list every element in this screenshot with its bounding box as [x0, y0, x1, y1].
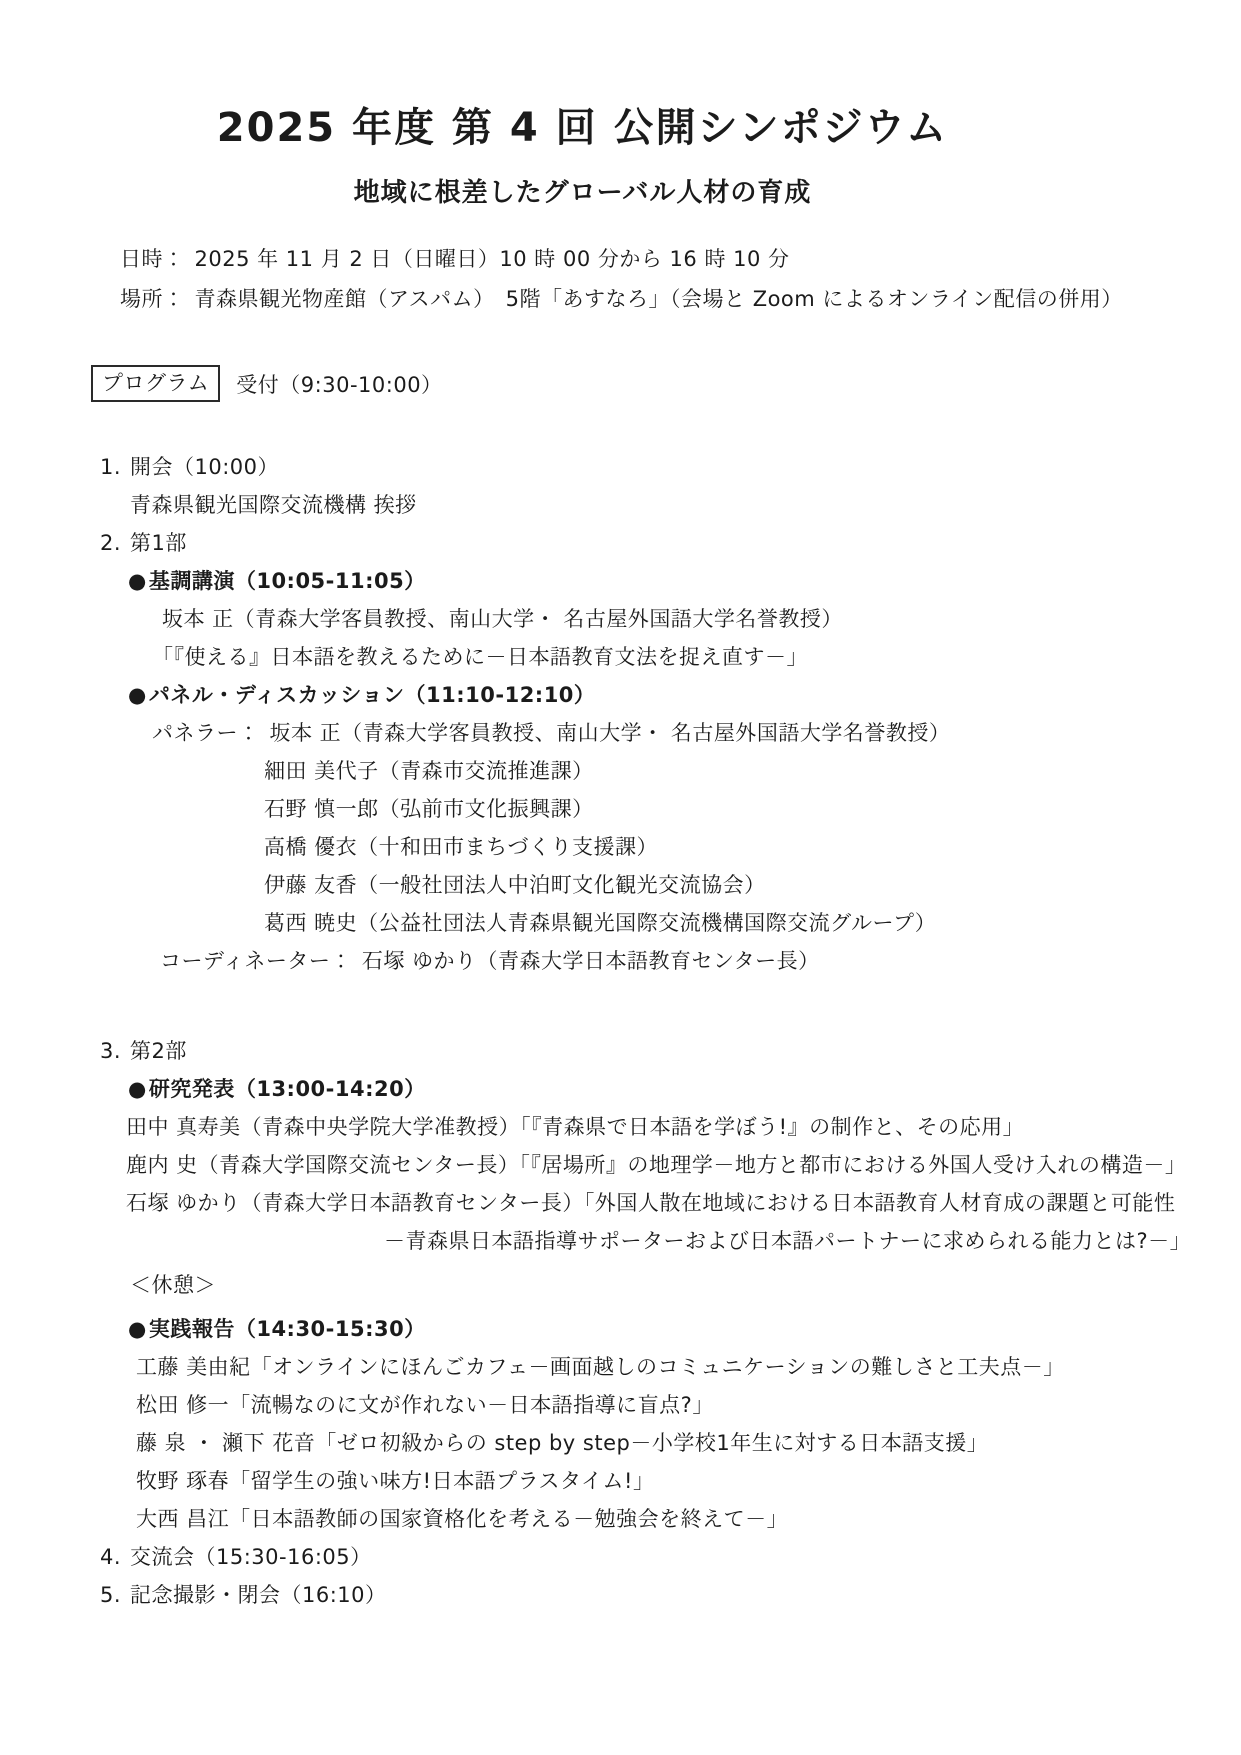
agenda-list: 1. 開会（10:00） 青森県観光国際交流機構 挨拶 2. 第1部 ●基調講演…: [100, 448, 1181, 1614]
datetime-value: 2025 年 11 月 2 日（日曜日）10 時 00 分から 16 時 10 …: [195, 247, 790, 271]
research-heading: ●研究発表（13:00-14:20）: [100, 1070, 1181, 1108]
program-boxed-label: プログラム: [91, 365, 220, 402]
practice-presentation: 藤 泉 ・ 瀬下 花音「ゼロ初級からの step by step－小学校1年生に…: [100, 1424, 1181, 1462]
program-header: プログラム 受付（9:30-10:00）: [100, 365, 1181, 402]
coordinator-row: コーディネーター：石塚 ゆかり（青森大学日本語教育センター長）: [100, 942, 1181, 980]
agenda-item-opening: 1. 開会（10:00）: [100, 448, 1181, 486]
panelist-row: パネラー：坂本 正（青森大学客員教授、南山大学・ 名古屋外国語大学名誉教授）: [100, 714, 1181, 752]
agenda-item-heading: 第2部: [130, 1032, 187, 1070]
panelist-row: 石野 慎一郎（弘前市文化振興課）: [100, 790, 1181, 828]
panelist-name: 坂本 正（青森大学客員教授、南山大学・ 名古屋外国語大学名誉教授）: [270, 721, 951, 745]
agenda-item-number: 4.: [100, 1538, 130, 1576]
panelist-row: 伊藤 友香（一般社団法人中泊町文化観光交流協会）: [100, 866, 1181, 904]
practice-presentation: 松田 修一「流暢なのに文が作れない－日本語指導に盲点?」: [100, 1386, 1181, 1424]
panelist-row: 高橋 優衣（十和田市まちづくり支援課）: [100, 828, 1181, 866]
research-presentation: 鹿内 史（青森大学国際交流センター長）「『居場所』の地理学－地方と都市における外…: [100, 1146, 1181, 1184]
practice-presentation: 工藤 美由紀「オンラインにほんごカフェ－画面越しのコミュニケーションの難しさと工…: [100, 1348, 1181, 1386]
panelist-row: 細田 美代子（青森市交流推進課）: [100, 752, 1181, 790]
bullet-icon: ●: [128, 569, 147, 593]
practice-heading-text: 実践報告（14:30-15:30）: [149, 1317, 426, 1341]
agenda-item-number: 5.: [100, 1576, 130, 1614]
agenda-item-social: 4. 交流会（15:30-16:05）: [100, 1538, 1181, 1576]
agenda-item-number: 1.: [100, 448, 130, 486]
bullet-icon: ●: [128, 1077, 147, 1101]
keynote-heading-text: 基調講演（10:05-11:05）: [149, 569, 426, 593]
agenda-item-part2: 3. 第2部: [100, 1032, 1181, 1070]
event-venue: 場所：青森県観光物産館（アスパム） 5階「あすなろ」（会場と Zoom によるオ…: [120, 279, 1181, 319]
reception-time: 受付（9:30-10:00）: [236, 369, 442, 399]
event-datetime: 日時：2025 年 11 月 2 日（日曜日）10 時 00 分から 16 時 …: [120, 239, 1181, 279]
keynote-talk-title: 「『使える』日本語を教えるために－日本語教育文法を捉え直す－」: [100, 638, 1181, 676]
panelists-label: パネラー：: [152, 721, 260, 745]
panelist-row: 葛西 暁史（公益社団法人青森県観光国際交流機構国際交流グループ）: [100, 904, 1181, 942]
venue-value: 青森県観光物産館（アスパム） 5階「あすなろ」（会場と Zoom によるオンライ…: [195, 287, 1123, 311]
agenda-item-number: 3.: [100, 1032, 130, 1070]
practice-heading: ●実践報告（14:30-15:30）: [100, 1310, 1181, 1348]
coordinator-label: コーディネーター：: [160, 949, 352, 973]
bullet-icon: ●: [128, 683, 147, 707]
keynote-speaker: 坂本 正（青森大学客員教授、南山大学・ 名古屋外国語大学名誉教授）: [100, 600, 1181, 638]
document-subtitle: 地域に根差したグローバル人材の育成: [100, 178, 1065, 209]
agenda-item-heading: 開会（10:00）: [130, 448, 279, 486]
opening-greeting-note: 青森県観光国際交流機構 挨拶: [100, 486, 1181, 524]
practice-presentation: 牧野 琢春「留学生の強い味方!日本語プラスタイム!」: [100, 1462, 1181, 1500]
agenda-item-heading: 第1部: [130, 524, 187, 562]
agenda-item-heading: 記念撮影・閉会（16:10）: [130, 1576, 387, 1614]
agenda-item-closing: 5. 記念撮影・閉会（16:10）: [100, 1576, 1181, 1614]
venue-label: 場所：: [120, 287, 185, 311]
agenda-item-heading: 交流会（15:30-16:05）: [130, 1538, 372, 1576]
break-note: ＜休憩＞: [100, 1266, 1181, 1304]
panel-heading: ●パネル・ディスカッション（11:10-12:10）: [100, 676, 1181, 714]
agenda-item-number: 2.: [100, 524, 130, 562]
datetime-label: 日時：: [120, 247, 185, 271]
research-presentation-continuation: －青森県日本語指導サポーターおよび日本語パートナーに求められる能力とは?－」: [100, 1222, 1181, 1260]
research-presentation: 田中 真寿美（青森中央学院大学准教授）「『青森県で日本語を学ぼう!』の制作と、そ…: [100, 1108, 1181, 1146]
keynote-heading: ●基調講演（10:05-11:05）: [100, 562, 1181, 600]
research-presentation: 石塚 ゆかり（青森大学日本語教育センター長）「外国人散在地域における日本語教育人…: [100, 1184, 1181, 1222]
panel-heading-text: パネル・ディスカッション（11:10-12:10）: [149, 683, 596, 707]
document-title: 2025 年度 第 4 回 公開シンポジウム: [100, 104, 1065, 152]
research-heading-text: 研究発表（13:00-14:20）: [149, 1077, 426, 1101]
symposium-program-document: 2025 年度 第 4 回 公開シンポジウム 地域に根差したグローバル人材の育成…: [0, 0, 1241, 1755]
practice-presentation: 大西 昌江「日本語教師の国家資格化を考える－勉強会を終えて－」: [100, 1500, 1181, 1538]
coordinator-name: 石塚 ゆかり（青森大学日本語教育センター長）: [362, 949, 820, 973]
event-meta: 日時：2025 年 11 月 2 日（日曜日）10 時 00 分から 16 時 …: [100, 239, 1181, 319]
agenda-item-part1: 2. 第1部: [100, 524, 1181, 562]
bullet-icon: ●: [128, 1317, 147, 1341]
